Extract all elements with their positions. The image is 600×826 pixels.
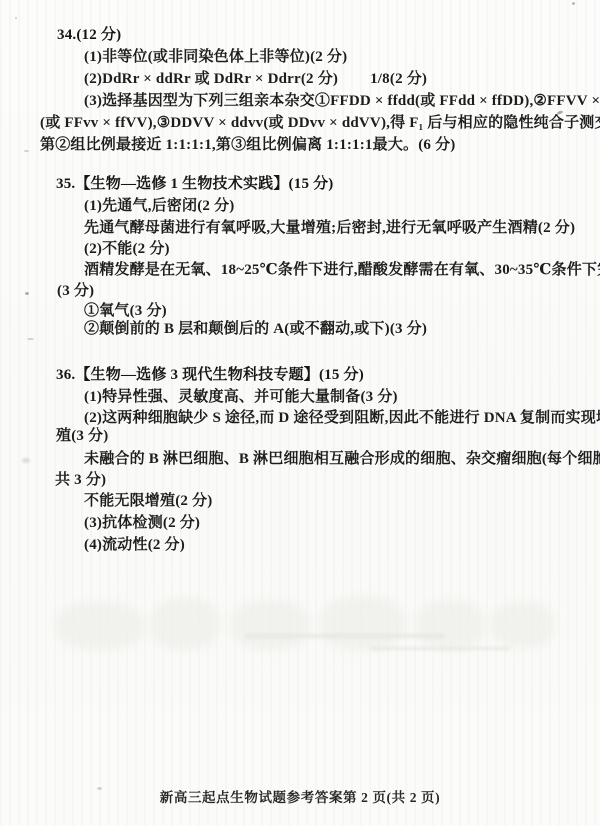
q36-answer-6: (4)流动性(2 分): [84, 535, 185, 555]
q34-answer-2: (2)DdRr × ddRr 或 DdRr × Ddrr(2 分)1/8(2 分…: [84, 69, 427, 89]
q35-heading: 35.【生物—选修 1 生物技术实践】(15 分): [56, 174, 334, 194]
scan-speck: [25, 292, 29, 295]
q34-answer-2-ratio: 1/8(2 分): [370, 71, 427, 87]
q35-answer-2: (2)不能(2 分): [84, 239, 170, 259]
scan-speck: [15, 17, 17, 19]
q35-answer-3: ①氧气(3 分): [84, 301, 167, 321]
scanned-answer-sheet: 34.(12 分) (1)非等位(或非同染色体上非等位)(2 分) (2)DdR…: [0, 0, 600, 826]
q36-answer-4: 不能无限增殖(2 分): [84, 491, 212, 511]
page-footer: 新高三起点生物试题参考答案第 2 页(共 2 页): [0, 786, 600, 806]
q36-answer-3-line2: 共 3 分): [55, 470, 106, 490]
q36-answer-1: (1)特异性强、灵敏度高、并可能大量制备(3 分): [84, 387, 398, 407]
q36-answer-2-line2: 殖(3 分): [56, 426, 108, 446]
scan-speck: [22, 458, 30, 463]
q34-answer-2-cross: (2)DdRr × ddRr 或 DdRr × Ddrr(2 分): [84, 71, 338, 87]
q35-answer-2-note-line2: (3 分): [57, 281, 94, 301]
q36-answer-3-line1: 未融合的 B 淋巴细胞、B 淋巴细胞相互融合形成的细胞、杂交瘤细胞(每个细胞 1…: [84, 449, 600, 469]
scan-speck: [572, 2, 575, 5]
q34-answer-3-line3: 第②组比例最接近 1:1:1:1,第③组比例偏离 1:1:1:1最大。(6 分): [40, 135, 455, 155]
q35-answer-1-note: 先通气酵母菌进行有氧呼吸,大量增殖;后密封,进行无氧呼吸产生酒精(2 分): [84, 218, 575, 238]
q34-answer-3-line1: (3)选择基因型为下列三组亲本杂交①FFDD × ffdd(或 FFdd × f…: [84, 91, 600, 111]
q34-heading: 34.(12 分): [57, 25, 121, 45]
q35-answer-2-note-line1: 酒精发酵是在无氧、18~25℃条件下进行,醋酸发酵需在有氧、30~35℃条件下完…: [84, 260, 600, 280]
scan-speck: [555, 124, 558, 126]
q36-answer-5: (3)抗体检测(2 分): [84, 513, 200, 533]
q35-answer-4: ②颠倒前的 B 层和颠倒后的 A(或不翻动,或下)(3 分): [84, 319, 427, 339]
q36-heading: 36.【生物—选修 3 现代生物科技专题】(15 分): [56, 365, 364, 385]
scan-speck: [24, 150, 29, 152]
q34-answer-3-line2: (或 FFvv × ffVV),③DDVV × ddvv(或 DDvv × dd…: [40, 113, 600, 133]
q34-answer-1: (1)非等位(或非同染色体上非等位)(2 分): [84, 47, 347, 67]
q35-answer-1: (1)先通气,后密闭(2 分): [84, 196, 234, 216]
q36-answer-2-line1: (2)这两种细胞缺少 S 途径,而 D 途径受到阻断,因此不能进行 DNA 复制…: [84, 408, 600, 428]
scan-speck: [27, 338, 34, 340]
